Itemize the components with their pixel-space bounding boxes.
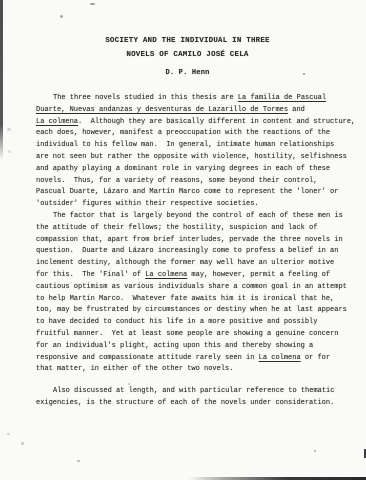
text-segment: and (288, 106, 305, 114)
text-segment: responsive and compassionate attitude ra… (36, 354, 259, 362)
text-segment: for an individual's plight, acting upon … (36, 342, 313, 350)
text-line: La colmena. Although they are basically … (36, 117, 362, 129)
scan-speck (7, 433, 10, 435)
text-segment: are not seen but rather the opposite wit… (36, 153, 347, 161)
text-line: too, may be frustrated by circumstances … (36, 305, 362, 317)
text-line: are not seen but rather the opposite wit… (36, 152, 362, 164)
text-segment: Also discussed at length, and with parti… (53, 387, 334, 395)
text-segment: may, however, permit a feeling of (187, 271, 330, 279)
scanned-document-page: SOCIETY AND THE INDIVIDUAL IN THREE NOVE… (0, 0, 366, 480)
text-line: novels. Thus, for a variety of reasons, … (36, 176, 362, 188)
text-line: Pascual Duarte, Lázaro and Martín Marco … (36, 187, 362, 199)
text-segment: or for (301, 354, 330, 362)
scan-speck (60, 15, 63, 18)
title-line-1: SOCIETY AND THE INDIVIDUAL IN THREE (9, 34, 366, 48)
text-line: inclement destiny, although the former m… (36, 258, 362, 270)
text-line: individual to his fellow man. In general… (36, 140, 362, 152)
text-line: for this. The 'Final' of La colmena may,… (36, 270, 362, 282)
text-segment: inclement destiny, although the former m… (36, 259, 334, 267)
text-segment: for this. The 'Final' of (36, 271, 145, 279)
text-segment: that matter, in either of the other two … (36, 365, 233, 373)
underlined-book-title: La colmena (36, 118, 78, 126)
text-segment: Pascual Duarte, Lázaro and Martín Marco … (36, 188, 338, 196)
scan-speck (314, 450, 316, 452)
text-line: The factor that is largely beyond the co… (36, 211, 362, 223)
text-line: and apathy playing a dominant role in va… (36, 164, 362, 176)
scan-speck (90, 3, 95, 5)
text-line: cautious optimism as various individuals… (36, 282, 362, 294)
text-segment: question. Duarte and Lázaro increasingly… (36, 247, 338, 255)
paragraph: Also discussed at length, and with parti… (36, 386, 362, 410)
text-line: that matter, in either of the other two … (36, 364, 362, 376)
underlined-book-title: Duarte, Nuevas andanzas y desventuras de… (36, 106, 288, 114)
scan-speck (128, 383, 130, 385)
document-body: The three novels studied in this thesis … (36, 93, 362, 410)
text-segment: novels. Thus, for a variety of reasons, … (36, 177, 317, 185)
underlined-book-title: La colmena (259, 354, 301, 362)
text-segment: The three novels studied in this thesis … (53, 94, 238, 102)
text-line: 'outsider' figures within their respecti… (36, 199, 362, 211)
scan-speck (21, 442, 24, 445)
text-segment: too, may be frustrated by circumstances … (36, 306, 347, 314)
text-line: responsive and compassionate attitude ra… (36, 353, 362, 365)
text-line: the attitude of their fellows; the hosti… (36, 223, 362, 235)
title-line-2: NOVELS OF CAMILO JOSÉ CELA (9, 48, 366, 62)
underlined-book-title: La colmena (145, 271, 187, 279)
document-header: SOCIETY AND THE INDIVIDUAL IN THREE NOVE… (0, 34, 366, 80)
text-line: for an individual's plight, acting upon … (36, 341, 362, 353)
text-line: compassion that, apart from brief interl… (36, 235, 362, 247)
text-segment: and apathy playing a dominant role in va… (36, 165, 330, 173)
text-segment: exigencies, is the structure of each of … (36, 399, 334, 407)
scan-speck (7, 128, 11, 131)
scan-speck (8, 150, 11, 153)
text-line: Duarte, Nuevas andanzas y desventuras de… (36, 105, 362, 117)
text-segment: individual to his fellow man. In general… (36, 141, 334, 149)
scan-speck (303, 73, 305, 75)
text-segment: to have decided to conduct his life in a… (36, 318, 317, 326)
paragraph: The three novels studied in this thesis … (36, 93, 362, 211)
text-segment: the attitude of their fellows; the hosti… (36, 224, 317, 232)
author-name: D. P. Henn (9, 66, 366, 80)
text-line: exigencies, is the structure of each of … (36, 398, 362, 410)
scan-speck (77, 460, 80, 462)
text-segment: compassion that, apart from brief interl… (36, 236, 343, 244)
paragraph: The factor that is largely beyond the co… (36, 211, 362, 376)
text-segment: fruitful manner. Yet at least some peopl… (36, 330, 338, 338)
text-segment: The factor that is largely beyond the co… (53, 212, 343, 220)
text-segment: . Although they are basically different … (78, 118, 355, 126)
text-line: to help Martín Marco. Whatever fate awai… (36, 294, 362, 306)
text-segment: cautious optimism as various individuals… (36, 283, 347, 291)
text-line: to have decided to conduct his life in a… (36, 317, 362, 329)
text-line: each does, however, manifest a preoccupa… (36, 128, 362, 140)
scan-edge-artifact-left (0, 0, 3, 160)
text-segment: to help Martín Marco. Whatever fate awai… (36, 295, 334, 303)
text-line: Also discussed at length, and with parti… (36, 386, 362, 398)
underlined-book-title: La familia de Pascual (238, 94, 326, 102)
text-line: question. Duarte and Lázaro increasingly… (36, 246, 362, 258)
text-line: The three novels studied in this thesis … (36, 93, 362, 105)
text-line: fruitful manner. Yet at least some peopl… (36, 329, 362, 341)
text-segment: each does, however, manifest a preoccupa… (36, 129, 330, 137)
text-segment: 'outsider' figures within their respecti… (36, 200, 259, 208)
